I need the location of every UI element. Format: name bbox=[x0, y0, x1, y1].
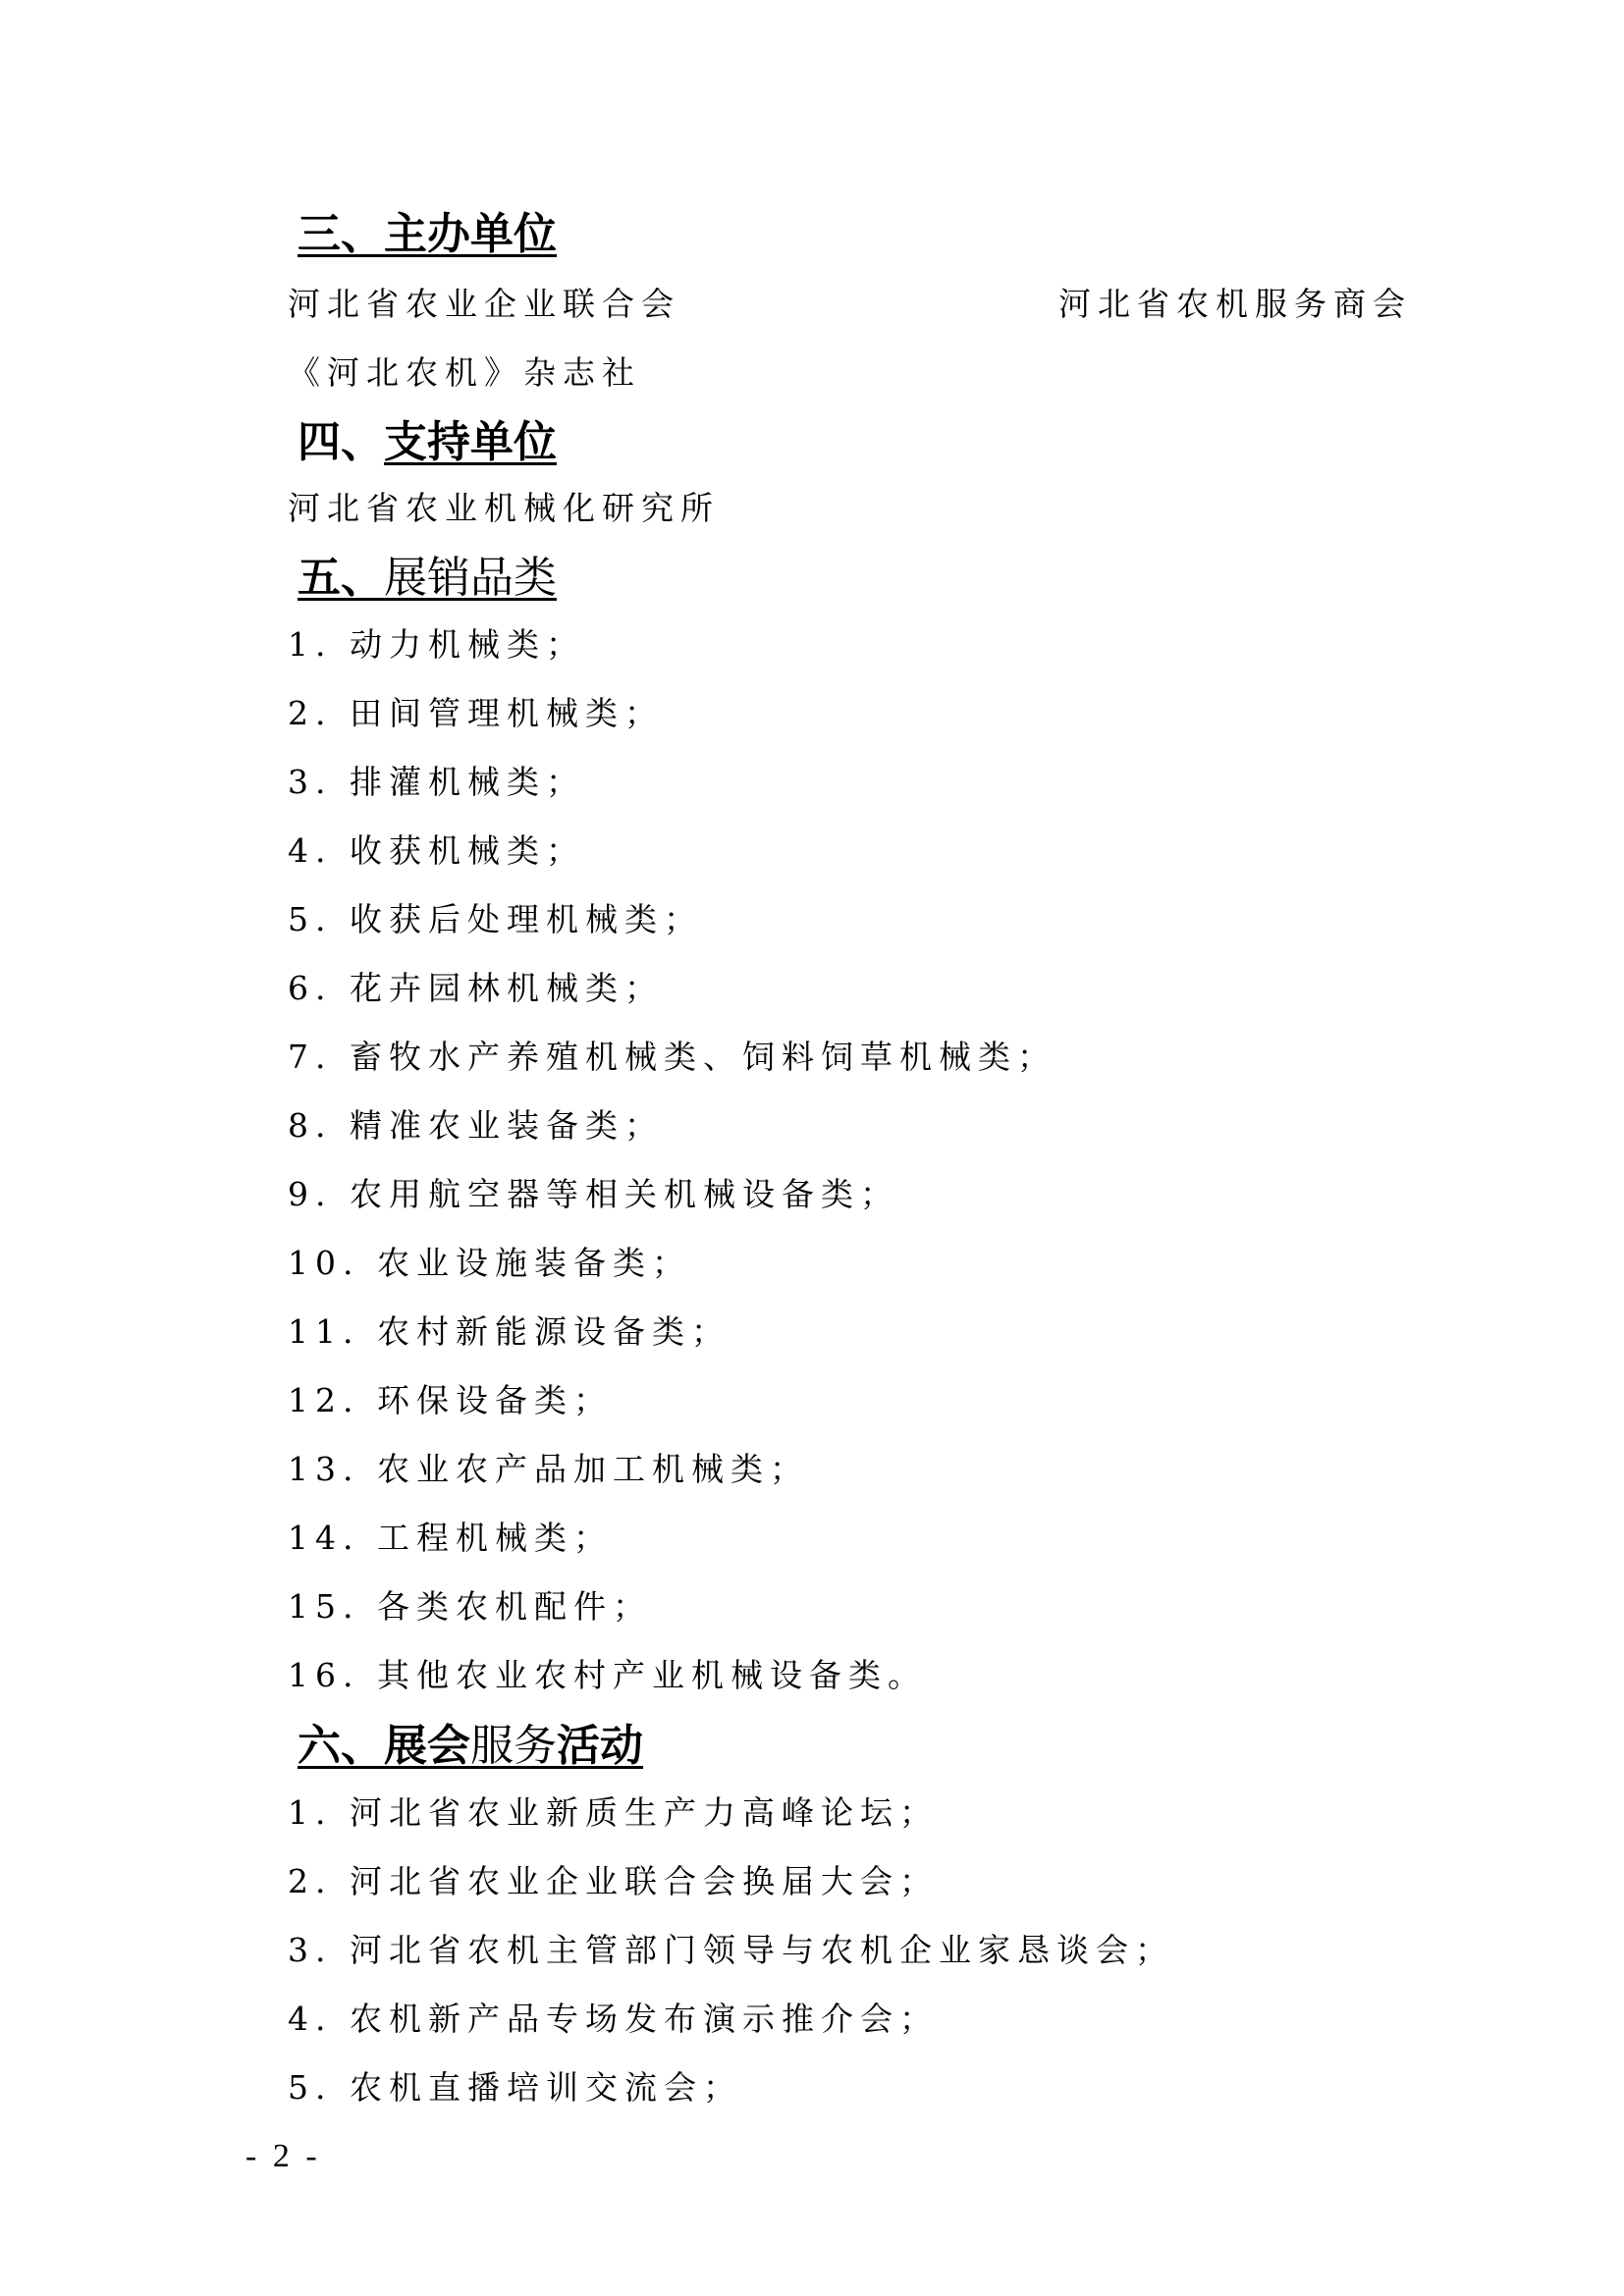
page-number: - 2 - bbox=[245, 2138, 321, 2175]
list-item: 16. 其他农业农村产业机械设备类。 bbox=[288, 1654, 927, 1697]
heading-text-part3: 活动 bbox=[557, 1721, 643, 1771]
heading-text-part2: 服务 bbox=[470, 1721, 557, 1771]
heading-number: 五、 bbox=[298, 553, 384, 603]
list-item: 11. 农村新能源设备类； bbox=[288, 1310, 731, 1354]
section-heading-supporters: 四、支持单位 bbox=[298, 416, 557, 469]
list-item: 12. 环保设备类； bbox=[288, 1379, 613, 1422]
section-heading-service-activities: 六、展会服务活动 bbox=[298, 1720, 643, 1773]
list-item: 15. 各类农机配件； bbox=[288, 1585, 652, 1629]
list-item: 2. 田间管理机械类； bbox=[288, 692, 664, 735]
list-item: 2. 河北省农业企业联合会换届大会； bbox=[288, 1860, 939, 1903]
supporter-1: 河北省农业机械化研究所 bbox=[288, 487, 720, 530]
list-item: 4. 农机新产品专场发布演示推介会； bbox=[288, 1998, 939, 2041]
heading-text: 展销品类 bbox=[384, 553, 557, 603]
heading-text: 主办单位 bbox=[384, 209, 557, 259]
list-item: 5. 农机直播培训交流会； bbox=[288, 2066, 742, 2109]
list-item: 4. 收获机械类； bbox=[288, 829, 585, 873]
section-heading-organizers: 三、主办单位 bbox=[298, 208, 557, 261]
list-item: 3. 排灌机械类； bbox=[288, 761, 585, 804]
list-item: 10. 农业设施装备类； bbox=[288, 1242, 691, 1285]
organizer-row: 河北省农业企业联合会 河北省农机服务商会 bbox=[288, 283, 680, 326]
organizer-2: 河北省农机服务商会 bbox=[1058, 283, 1412, 326]
list-item: 1. 动力机械类； bbox=[288, 623, 585, 667]
list-item: 5. 收获后处理机械类； bbox=[288, 898, 703, 941]
heading-number: 六、 bbox=[298, 1721, 384, 1771]
list-item: 7. 畜牧水产养殖机械类、饲料饲草机械类； bbox=[288, 1036, 1056, 1079]
list-item: 6. 花卉园林机械类； bbox=[288, 967, 664, 1010]
list-item: 13. 农业农产品加工机械类； bbox=[288, 1448, 809, 1491]
heading-number: 四、 bbox=[298, 417, 384, 467]
organizer-3: 《河北农机》杂志社 bbox=[288, 351, 641, 395]
list-item: 14. 工程机械类； bbox=[288, 1517, 613, 1560]
list-item: 3. 河北省农机主管部门领导与农机企业家恳谈会； bbox=[288, 1929, 1174, 1972]
list-item: 9. 农用航空器等相关机械设备类； bbox=[288, 1173, 899, 1216]
heading-number: 三、 bbox=[298, 209, 384, 259]
section-heading-exhibit-categories: 五、展销品类 bbox=[298, 552, 557, 605]
heading-text: 支持单位 bbox=[384, 417, 557, 467]
organizer-1: 河北省农业企业联合会 bbox=[288, 285, 680, 323]
list-item: 8. 精准农业装备类； bbox=[288, 1104, 664, 1148]
heading-text-part1: 展会 bbox=[384, 1721, 470, 1771]
list-item: 1. 河北省农业新质生产力高峰论坛； bbox=[288, 1791, 939, 1835]
